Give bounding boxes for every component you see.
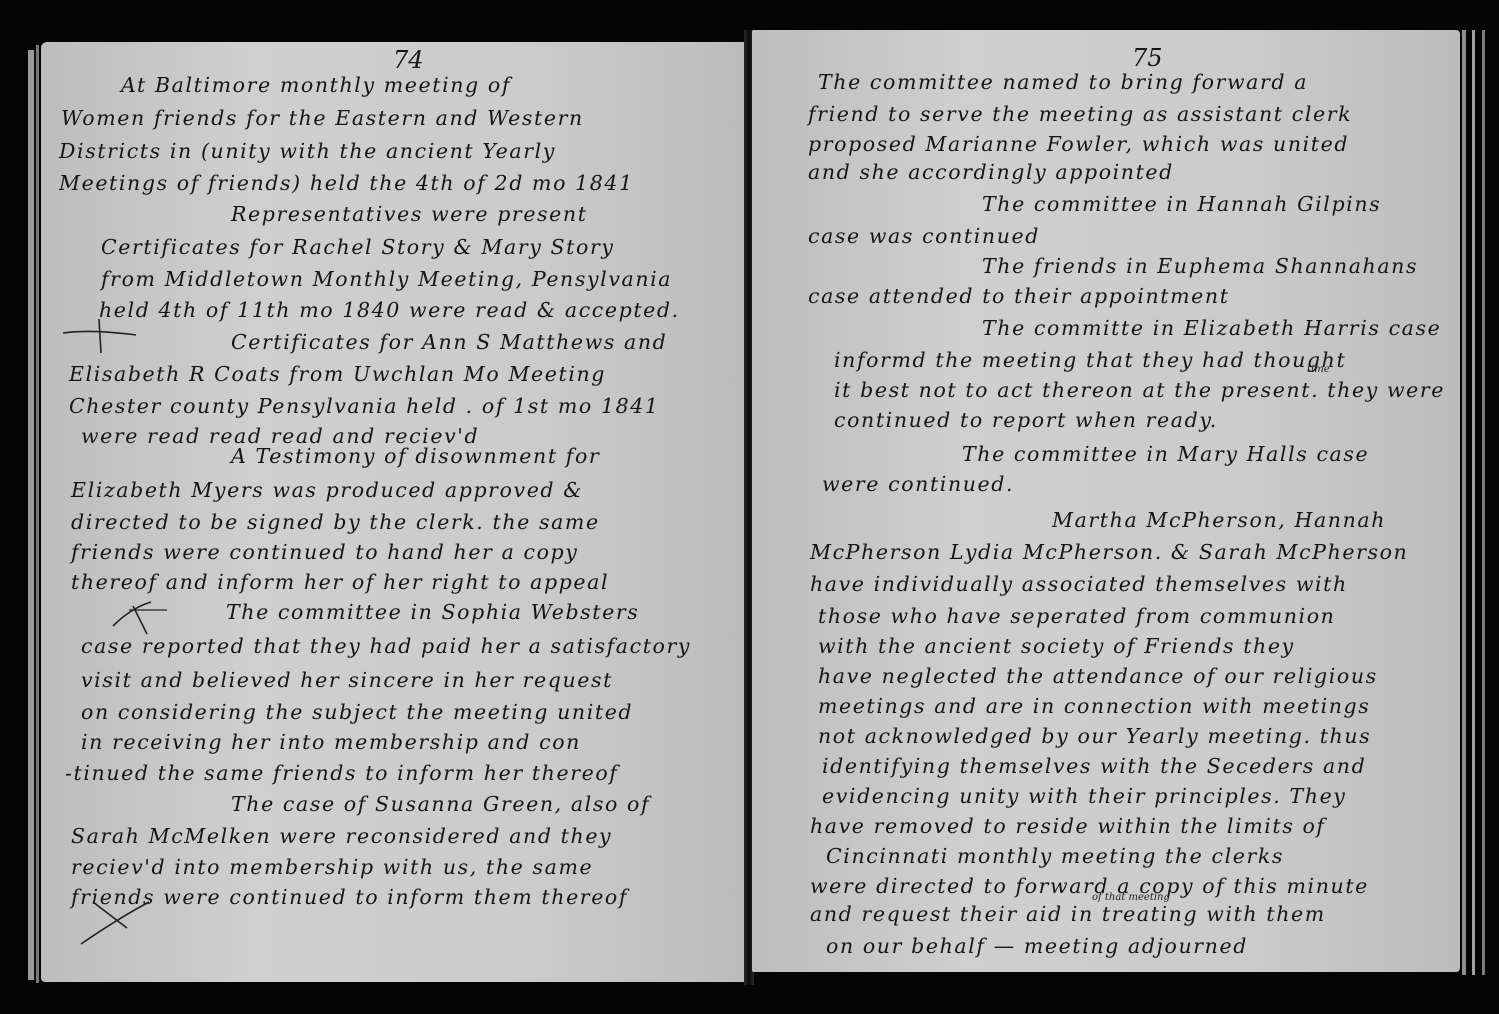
- text-line: and request their aid in treating with t…: [810, 904, 1326, 925]
- text-line: Certificates for Ann S Matthews and: [231, 332, 667, 353]
- text-line: friends were continued to hand her a cop…: [71, 542, 578, 563]
- text-line: continued to report when ready.: [834, 410, 1218, 431]
- left-page: 74 At Baltimore monthly meeting of Women…: [41, 42, 745, 982]
- text-line: At Baltimore monthly meeting of: [121, 75, 511, 96]
- text-line: not acknowledged by our Yearly meeting. …: [818, 726, 1371, 747]
- text-line: informd the meeting that they had though…: [834, 350, 1346, 371]
- text-line: evidencing unity with their principles. …: [822, 786, 1346, 807]
- text-line: reciev'd into membership with us, the sa…: [71, 857, 593, 878]
- text-line: held 4th of 11th mo 1840 were read & acc…: [99, 300, 680, 321]
- text-line: in receiving her into membership and con: [81, 732, 581, 753]
- text-line: case was continued: [808, 226, 1040, 247]
- text-line: The committe in Elizabeth Harris case: [982, 318, 1441, 339]
- text-line: The committee named to bring forward a: [818, 72, 1308, 93]
- text-line: Women friends for the Eastern and Wester…: [61, 108, 584, 129]
- text-line: Cincinnati monthly meeting the clerks: [826, 846, 1284, 867]
- text-line: thereof and inform her of her right to a…: [71, 572, 609, 593]
- book-edge-right: [1472, 30, 1475, 975]
- text-line: with the ancient society of Friends they: [818, 636, 1295, 657]
- page-number-right: 75: [1132, 44, 1163, 72]
- text-line: were continued.: [822, 474, 1014, 495]
- text-line: and she accordingly appointed: [808, 162, 1174, 183]
- text-line: Certificates for Rachel Story & Mary Sto…: [101, 237, 615, 258]
- page-number-left: 74: [393, 46, 424, 74]
- text-line: Representatives were present: [231, 204, 588, 225]
- text-line: directed to be signed by the clerk. the …: [71, 512, 600, 533]
- text-line: it best not to act thereon at the presen…: [834, 380, 1445, 401]
- text-line: on considering the subject the meeting u…: [81, 702, 633, 723]
- text-line: Chester county Pensylvania held . of 1st…: [69, 396, 660, 417]
- book-edge-right: [1462, 30, 1466, 975]
- text-line: have removed to reside within the limits…: [810, 816, 1326, 837]
- text-line: identifying themselves with the Seceders…: [822, 756, 1366, 777]
- text-line: friend to serve the meeting as assistant…: [808, 104, 1352, 125]
- text-line: A Testimony of disownment for: [231, 446, 600, 467]
- text-line: meetings and are in connection with meet…: [818, 696, 1370, 717]
- text-line: The committee in Sophia Websters: [226, 602, 639, 623]
- text-line: Districts in (unity with the ancient Yea…: [59, 141, 556, 162]
- book-edge-right: [1482, 30, 1485, 975]
- x-mark-icon: [79, 898, 159, 948]
- text-line: Elisabeth R Coats from Uwchlan Mo Meetin…: [69, 364, 606, 385]
- text-line: were directed to forward a copy of this …: [810, 876, 1369, 897]
- text-line: on our behalf — meeting adjourned: [826, 936, 1248, 957]
- text-line: proposed Marianne Fowler, which was unit…: [808, 134, 1349, 155]
- text-line: Elizabeth Myers was produced approved &: [71, 480, 583, 501]
- text-line: The committee in Hannah Gilpins: [982, 194, 1381, 215]
- text-line: McPherson Lydia McPherson. & Sarah McPhe…: [810, 542, 1408, 563]
- book-edge-left-inner: [36, 45, 39, 983]
- text-line: have individually associated themselves …: [810, 574, 1348, 595]
- text-line: The case of Susanna Green, also of: [231, 794, 650, 815]
- text-line: Meetings of friends) held the 4th of 2d …: [59, 173, 634, 194]
- text-line: Sarah McMelken were reconsidered and the…: [71, 826, 612, 847]
- cross-mark-icon: [61, 317, 141, 357]
- text-line: -tinued the same friends to inform her t…: [65, 763, 618, 784]
- text-line: The committee in Mary Halls case: [962, 444, 1369, 465]
- x-mark-icon: [111, 598, 171, 638]
- text-line: those who have seperated from communion: [818, 606, 1335, 627]
- text-line: have neglected the attendance of our rel…: [818, 666, 1378, 687]
- insertion-text: time: [1307, 364, 1330, 375]
- text-line: case attended to their appointment: [808, 286, 1230, 307]
- text-line: case reported that they had paid her a s…: [81, 636, 691, 657]
- text-line: from Middletown Monthly Meeting, Pensylv…: [101, 269, 672, 290]
- text-line: Martha McPherson, Hannah: [1052, 510, 1386, 531]
- text-line: The friends in Euphema Shannahans: [982, 256, 1418, 277]
- right-page: 75 The committee named to bring forward …: [752, 30, 1460, 972]
- text-line: visit and believed her sincere in her re…: [81, 670, 613, 691]
